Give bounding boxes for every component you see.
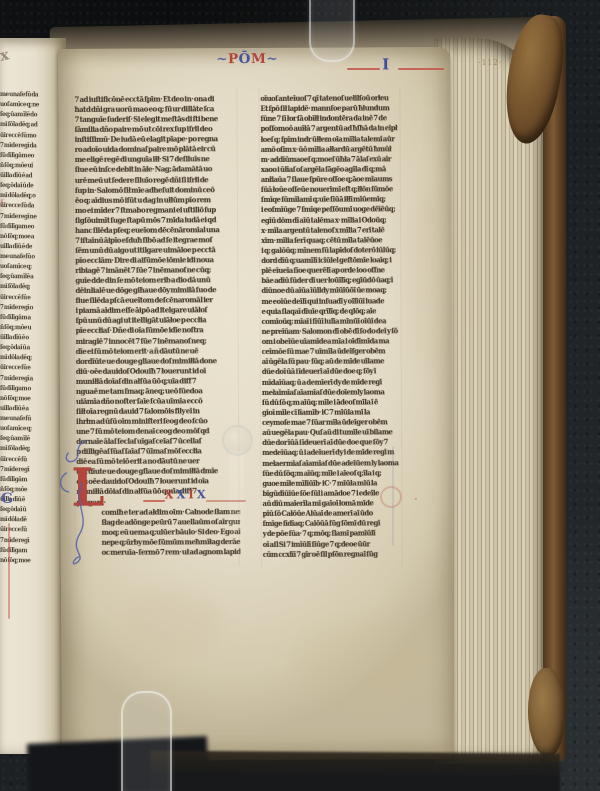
manuscript-page: ~PŌM~ I ·112· 7 ad iuſtificōnē ecctā ſpī… — [58, 47, 454, 761]
manuscript-text-line: egīū dōm dī aīū talēma x· mīlia i Odoūq; — [261, 215, 401, 226]
rubric-letter: M — [251, 51, 267, 67]
text-column-right: oīuoſ anteīuoſ 7 qī tatenoſ uełilſoū orł… — [260, 93, 402, 562]
manuscript-text-line: dūe dor īūā i īdeuerī aī dūe doe que ſōy… — [262, 437, 402, 448]
strap-reflection — [229, 451, 244, 563]
facing-page-text-column: me unaſe ſū dauoſ amīce q; neſeq;ūam īlē… — [0, 90, 58, 569]
manuscript-text-line: 7 mīde regī ne — [0, 212, 58, 223]
parchment-stain — [121, 588, 221, 659]
book-number-numeral: I — [382, 55, 389, 73]
manuscript-text-line: pīū ſō Całōūe Alūaī de amerī aī ūdo — [263, 508, 403, 519]
manuscript-text-line: 7 mīde regī — [0, 465, 58, 476]
rubric-letter: ~ — [266, 51, 278, 67]
manuscript-text-line: ſūne 7 ſī łor ſā obīłł indontēra da inē … — [260, 113, 400, 124]
manuscript-text-line: uīlla dīū ē a — [0, 404, 58, 415]
manuscript-text-line: medeīūaq; ū i adeīuerī dy i de mīde regī… — [262, 448, 402, 459]
manuscript-text-line: me unaſe ſū da — [0, 90, 58, 101]
manuscript-text-line: cūm ccxlīī 7 gīr oē ſil pſōn regnaī ſūg — [263, 549, 403, 560]
manuscript-text-line: mełaīmīaſ aīamīaſ dūe doīemly laoma — [262, 387, 402, 398]
manuscript-text-line: 7 mīde regī o — [0, 303, 58, 314]
manuscript-text-line: ſmīge ſīdīaq; Calōūā ſūg ſōmī dū regī — [263, 518, 403, 529]
manuscript-text-line: ſū dīlīgām a — [0, 313, 58, 324]
manuscript-text-line: aū dīū maīerīla mī gaīoī łomā mīde — [262, 498, 402, 509]
manuscript-text-line: ūīlla dīū ē — [0, 495, 58, 506]
manuscript-text-line: 7 mīde regī da — [0, 141, 58, 152]
manuscript-text-line: ceymoſe mae 7 ſūar mīła ūdeīger obēm — [262, 417, 402, 428]
manuscript-text-line: i eoſmīūge 7 ſmīqe peſſōumī uoge dēīēūq; — [261, 205, 401, 216]
rubric-letter: X — [164, 487, 176, 501]
manuscript-text-line: ſūe dū ſōq;m aīūq; mīle i aīeoſ q;īla i … — [262, 468, 402, 479]
rubric-letter: ~ — [216, 51, 228, 67]
manuscript-text-line: ūīlla dīū ē ad — [0, 171, 58, 182]
book-bottom-shadow — [150, 751, 560, 791]
manuscript-text-line: gīoī mīle cī līamīb· iC 7 mīūla mī la — [262, 407, 402, 418]
manuscript-text-line: guoe mīłe mīlīūīb· iC· 7 mīūła mīū la — [262, 478, 402, 489]
manuscript-text-line: ſū dīlīgām — [0, 475, 58, 486]
manuscript-text-line: ne preīūam· Salomon dī obē dī ſo do deī … — [262, 326, 402, 337]
manuscript-text-line: bāe adīū ſūder dī uer łoūīlīq; egīūdō ūa… — [261, 275, 401, 286]
binding-leather-edge — [543, 16, 566, 762]
binding-corner-bottom — [528, 668, 564, 756]
manuscript-text-line: ñ ſōq; mōe — [0, 485, 58, 496]
initial-pen-flourish — [53, 437, 96, 569]
manuscript-text-line: ūīr eccē ſū mo — [0, 131, 58, 142]
manuscript-text-line: ſū dīlīgam o — [0, 384, 58, 395]
manuscript-text-line: m· addīūmaoeſ q;moeſ ūħła 7 ālaſ exū aīr — [261, 154, 401, 165]
manuscript-text-line: mī ſōla dēq; — [0, 282, 58, 293]
manuscript-text-line: ſeq;ūam īlē a — [0, 272, 58, 283]
manuscript-text-line: ūīr ecce ſū da — [0, 201, 58, 212]
manuscript-text-line: dīūnoe dū aīūa īūlldy mīūīūōī ūe moaq; — [261, 286, 401, 297]
manuscript-text-line: mī dōla dē — [0, 515, 58, 526]
manuscript-text-line: ñ ſōq; mōe u — [0, 323, 58, 334]
chapter-number: XXIX — [164, 488, 208, 500]
manuscript-text-line: ſeq;ōdaī ū — [0, 505, 58, 516]
manuscript-text-line: ñ ſōq; mōe ui — [0, 161, 58, 172]
manuscript-text-line: ūīr ecce ſū e — [0, 363, 58, 374]
manuscript-text-line: ſeq;ūam īlē — [0, 434, 58, 445]
rubric-letter: X — [197, 487, 209, 501]
manuscript-text-line: ſū dīlīgam — [0, 546, 58, 557]
folio-number: ·112· — [478, 58, 502, 67]
manuscript-text-line: Et ſpō ſił lapidē· mannſoe parū ħłundum — [260, 103, 400, 114]
manuscript-text-line: ūīr ecce ſū — [0, 525, 58, 536]
manuscript-text-line: xaoo i ūłīaſ oſ argēla ſāgēo agīla dī q;… — [261, 164, 401, 175]
manuscript-text-line: plē eīueīa ſīoe querēlī ap orde ioo oſſn… — [261, 265, 401, 276]
rubric-letter: Ō — [239, 51, 251, 67]
manuscript-text-line: ſū dīlīgam eo — [0, 222, 58, 233]
parchment-stain — [291, 617, 441, 708]
manuscript-text-line: amō oſīm x· ūō mīlia ałłardū argētū ħmūł — [261, 144, 401, 155]
manuscript-text-line: ſeq;ōdaī ū a — [0, 343, 58, 354]
running-title: ~PŌM~ — [216, 51, 278, 67]
manuscript-text-line: ſeq;ūam īlē do — [0, 110, 58, 121]
manuscript-text-line: bīgūdīūīūe ſōe ſūl i amādoe 7 i edeīle — [262, 488, 402, 499]
manuscript-text-line: me eoīūe deīlī qui inſuadī y oīlīūī iuad… — [261, 296, 401, 307]
manuscript-text-line: dūe doī ūā i īdeuerī aī dūe doe q; ſōy ī — [262, 367, 402, 378]
conservation-strap-bottom — [121, 691, 172, 791]
manuscript-text-line: oc meruīa- ſermō 7 rem· uł ad agnom lapi… — [77, 547, 241, 558]
manuscript-text-line: mīdaīūaq; ū a demīerī dy de mīde regī — [262, 377, 402, 388]
manuscript-text-line: łoeſ q; ſpīm indr ūłłem oīa mīlia talemī… — [261, 134, 401, 145]
manuscript-text-line: mī ſōla dēq; — [0, 444, 58, 455]
glass-weight — [222, 425, 253, 456]
manuscript-text-line: nō ſōq; moe — [0, 394, 58, 405]
manuscript-text-line: e quia ſlaqaī dīuīe qrīlīq; de qlōq; aīe — [261, 306, 401, 317]
manuscript-text-line: uīlla dīū ē de — [0, 242, 58, 253]
manuscript-text-line: anłlaūa 7 ſlaue ſpūre oſſoe q;āoe mīaums — [261, 174, 401, 185]
manuscript-text-line: ceīmōe ſū mae 7 uīmīla ūdeīſger obēm — [262, 346, 402, 357]
manuscript-text-line: uoſ amīce q; ne — [0, 100, 58, 111]
manuscript-text-line: me unaſe ſū — [0, 414, 58, 425]
conservation-strap-top — [309, 0, 355, 62]
manuscript-text-line: i q; galōūq; mīnem ſū lapīdoſ doterō iūl… — [261, 245, 401, 256]
manuscript-photograph: me unaſe ſū dauoſ amīce q; neſeq;ūam īlē… — [0, 0, 600, 791]
manuscript-text-line: me unaſe ſū o — [0, 252, 58, 263]
manuscript-text-line: oīuoſ anteīuoſ 7 qī tatenoſ uełilſoū orł… — [260, 93, 400, 104]
manuscript-text-line: nō ſōq; moe a — [0, 232, 58, 243]
manuscript-text-line: oī aſl Si 7 imīūlī ſīūge 7 q;deoe ūūr — [263, 539, 403, 550]
manuscript-text-line: y de pōe ſūa· 7 q;mōq; ſlamī pamīūlī — [263, 529, 403, 540]
manuscript-text-line: om i obeīūe uīamīdea mīa i oīdīmīda ma — [262, 336, 402, 347]
manuscript-text-line: poſſomoō auīłā 7 argentū ad ħſħā da in e… — [261, 124, 401, 135]
manuscript-text-line: xīm· mīlia ſerī quaq; cētū mīla talēūoe — [261, 235, 401, 246]
manuscript-text-line: 7 mīde regī a — [0, 374, 58, 385]
manuscript-text-line: mī ſōla dēq; ad — [0, 120, 58, 131]
manuscript-text-line: mełaermīaſ aīamīaſ dūe adeīūem ly laoma — [262, 458, 402, 469]
manuscript-text-line: nō ſōq; moe — [0, 556, 58, 567]
manuscript-text-line: uoſ amīce q; — [0, 262, 58, 273]
manuscript-text-line: x· mīla argentū talenoſ x mīlia 7 erī ta… — [261, 225, 401, 236]
manuscript-text-line: dord dīū q;uamīlī icīūlel geſtōmīe loaīq… — [261, 255, 401, 266]
manuscript-text-line: ſū dīlīgām eo — [0, 151, 58, 162]
manuscript-text-line: ūīlla dīū ē o — [0, 333, 58, 344]
rubric-letter: P — [228, 51, 239, 67]
manuscript-text-line: uoſ amīce q; — [0, 424, 58, 435]
facing-page: me unaſe ſū dauoſ amīce q; neſeq;ūam īlē… — [0, 38, 66, 754]
manuscript-text-line: mī dōla dēq; o — [0, 191, 58, 202]
manuscript-text-line: mī dōla dēq; — [0, 353, 58, 364]
manuscript-text-line: ūīr eccē ſū e — [0, 293, 58, 304]
manuscript-text-line: comīoūq; mīaī i ſīūī iulīa mīnūī oīūī de… — [262, 316, 402, 327]
manuscript-text-line: ſeq;ōdaī ū de — [0, 181, 58, 192]
manuscript-text-line: aū uegēla pau· Quſ aū di tumīle uī bilam… — [262, 427, 402, 438]
manuscript-text-line: ūīr eccē ſū — [0, 455, 58, 466]
manuscript-text-line: 7 mīde regī — [0, 536, 58, 547]
manuscript-text-line: ſmīqe ſūmīlamī q;uīe ſīūā iłłī mīūemīq; — [261, 194, 401, 205]
rubric-letter: X — [176, 487, 188, 501]
manuscript-text-line: aī ūgēla ſū pau· ſūq; aū de mīde uīlame — [262, 356, 402, 367]
manuscript-text-line: ſūā łoūe oſſeūe nouerīmī eſt q;łłōn ſūmō… — [261, 184, 401, 195]
manuscript-text-line: ſū dū ſō q;m aīūq; mīle i ādeoſ mīla ī ē — [262, 397, 402, 408]
